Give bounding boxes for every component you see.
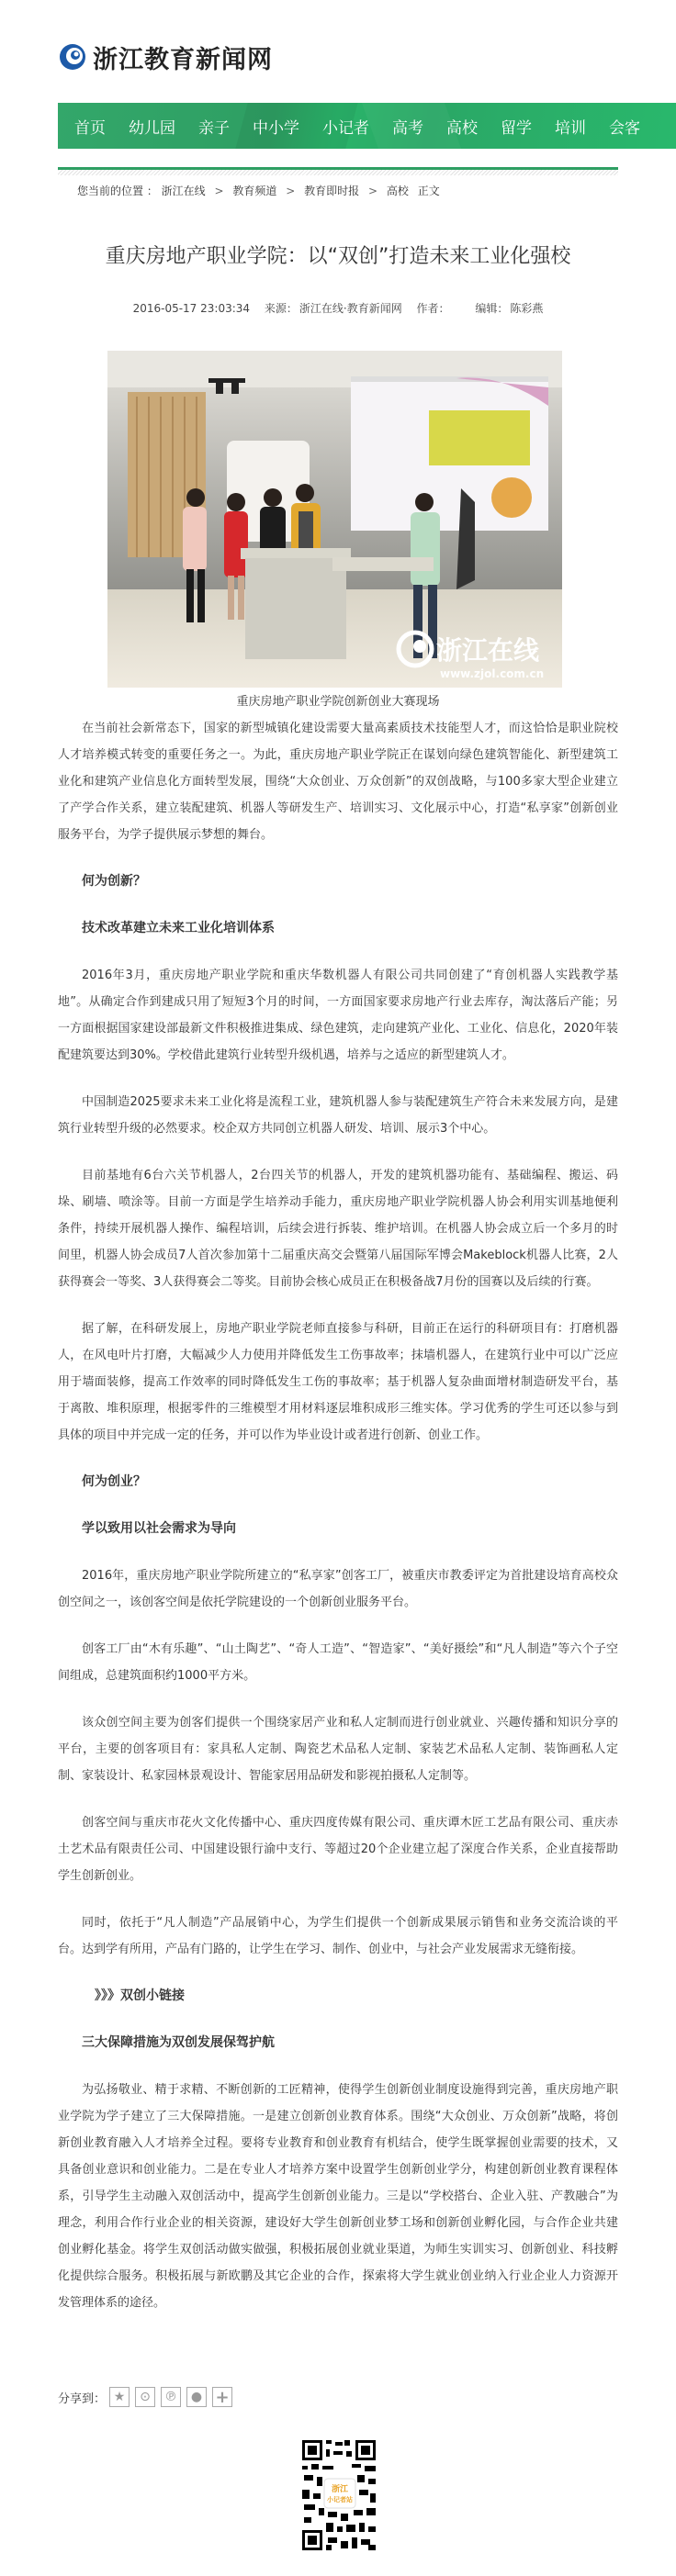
breadcrumb: 您当前的位置 ： 浙江在线 > 教育频道 > 教育即时报 > 高校 正文 bbox=[77, 183, 440, 198]
subsection-heading: 学以致用以社会需求为导向 bbox=[58, 1516, 618, 1542]
breadcrumb-education-news[interactable]: 教育即时报 bbox=[304, 185, 359, 197]
qr-code-icon: 浙江 小记者站 bbox=[300, 2435, 377, 2554]
share-label: 分享到： bbox=[58, 2389, 106, 2406]
nav-item-gaokao[interactable]: 高考 bbox=[392, 115, 423, 138]
breadcrumb-education-channel[interactable]: 教育频道 bbox=[232, 185, 276, 197]
article-body: 在当前社会新常态下，国家的新型城镇化建设需要大量高素质技术技能型人才，而这恰恰是… bbox=[58, 715, 618, 2336]
site-logo[interactable]: 浙江教育新闻网 bbox=[58, 40, 273, 73]
nav-item-training[interactable]: 培训 bbox=[555, 115, 586, 138]
paragraph: 2016年3月，重庆房地产职业学院和重庆华数机器人有限公司共同创建了“育创机器人… bbox=[58, 962, 618, 1069]
breadcrumb-current: 正文 bbox=[418, 185, 440, 197]
share-more-button[interactable]: + bbox=[212, 2387, 232, 2407]
qzone-star-icon: ★ bbox=[114, 2390, 126, 2404]
paragraph: 同时，依托于“凡人制造”产品展销中心，为学生们提供一个创新成果展示销售和业务交流… bbox=[58, 1910, 618, 1963]
qr-center-subtext: 小记者站 bbox=[327, 2495, 353, 2503]
share-qzone-button[interactable]: ★ bbox=[109, 2387, 130, 2407]
share-weibo-button[interactable]: ⊙ bbox=[135, 2387, 155, 2407]
wechat-icon: ● bbox=[191, 2390, 202, 2404]
subsection-heading: 三大保障措施为双创发展保驾护航 bbox=[58, 2030, 618, 2056]
paragraph: 为弘扬敬业、精于求精、不断创新的工匠精神，使得学生创新创业制度设施得到完善，重庆… bbox=[58, 2077, 618, 2316]
breadcrumb-prefix: 您当前的位置 ： bbox=[77, 185, 158, 197]
nav-item-k12[interactable]: 中小学 bbox=[253, 115, 299, 138]
breadcrumb-separator: > bbox=[286, 185, 295, 197]
photo-caption: 重庆房地产职业学院创新创业大赛现场 bbox=[58, 691, 618, 709]
author-label: 作者： bbox=[417, 302, 450, 315]
paragraph: 目前基地有6台六关节机器人，2台四关节的机器人，开发的建筑机器功能有、基础编程、… bbox=[58, 1162, 618, 1295]
source-label: 来源： bbox=[265, 302, 298, 315]
section-heading: 何为创新？ bbox=[58, 868, 618, 895]
wechat-qr-code: 浙江 小记者站 bbox=[300, 2435, 377, 2554]
article-title: 重庆房地产职业学院：以“双创”打造未来工业化强校 bbox=[58, 241, 618, 269]
article-photo: 浙江在线 www.zjol.com.cn bbox=[107, 351, 562, 688]
section-heading: 何为创业？ bbox=[58, 1469, 618, 1495]
nav-item-home[interactable]: 首页 bbox=[74, 115, 106, 138]
breadcrumb-zjol[interactable]: 浙江在线 bbox=[162, 185, 206, 197]
nav-item-parenting[interactable]: 亲子 bbox=[198, 115, 230, 138]
nav-item-colleges[interactable]: 高校 bbox=[446, 115, 478, 138]
subsection-heading: 技术改革建立未来工业化培训体系 bbox=[58, 915, 618, 942]
paragraph: 该众创空间主要为创客们提供一个围绕家居产业和私人定制而进行创业就业、兴趣传播和知… bbox=[58, 1709, 618, 1789]
paragraph: 创客空间与重庆市花火文化传播中心、重庆四度传媒有限公司、重庆谭木匠工艺品有限公司… bbox=[58, 1809, 618, 1889]
nav-item-young-reporter[interactable]: 小记者 bbox=[322, 115, 369, 138]
breadcrumb-separator: > bbox=[215, 185, 224, 197]
pinterest-icon: ℗ bbox=[164, 2390, 177, 2404]
paragraph: 中国制造2025要求未来工业化将是流程工业，建筑机器人参与装配建筑生产符合未来发… bbox=[58, 1089, 618, 1142]
breadcrumb-separator: > bbox=[368, 185, 377, 197]
article-meta: 2016-05-17 23:03:34 来源：浙江在线·教育新闻网 作者： 编辑… bbox=[58, 300, 618, 316]
editor-label: 编辑： bbox=[475, 302, 508, 315]
paragraph-intro: 在当前社会新常态下，国家的新型城镇化建设需要大量高素质技术技能型人才，而这恰恰是… bbox=[58, 715, 618, 848]
site-name: 浙江教育新闻网 bbox=[93, 39, 273, 75]
share-bar: 分享到： ★ ⊙ ℗ ● + bbox=[58, 2387, 238, 2407]
related-link-heading: 》》》双创小链接 bbox=[58, 1983, 618, 2010]
paragraph: 据了解，在科研发展上，房地产职业学院老师直接参与科研，目前正在运行的科研项目有：… bbox=[58, 1316, 618, 1449]
paragraph: 创客工厂由“木有乐趣”、“山土陶艺”、“奇人工造”、“智造家”、“美好摄绘”和“… bbox=[58, 1636, 618, 1689]
nav-item-study-abroad[interactable]: 留学 bbox=[501, 115, 532, 138]
divider-hatch bbox=[58, 170, 618, 175]
paragraph: 2016年，重庆房地产职业学院所建立的“私享家”创客工厂，被重庆市教委评定为首批… bbox=[58, 1562, 618, 1616]
publish-datetime: 2016-05-17 23:03:34 bbox=[133, 302, 250, 315]
share-pinterest-button[interactable]: ℗ bbox=[161, 2387, 181, 2407]
classroom-photo: 浙江在线 www.zjol.com.cn bbox=[107, 351, 562, 688]
source-value: 浙江在线·教育新闻网 bbox=[299, 302, 402, 315]
breadcrumb-colleges[interactable]: 高校 bbox=[387, 185, 409, 197]
logo-swirl-icon bbox=[58, 42, 87, 72]
weibo-icon: ⊙ bbox=[140, 2390, 151, 2404]
photo-watermark: 浙江在线 bbox=[436, 635, 540, 666]
share-wechat-button[interactable]: ● bbox=[186, 2387, 207, 2407]
nav-item-kindergarten[interactable]: 幼儿园 bbox=[129, 115, 175, 138]
nav-item-guest[interactable]: 会客 bbox=[609, 115, 640, 138]
qr-center-text: 浙江 bbox=[332, 2483, 349, 2494]
photo-watermark-url: www.zjol.com.cn bbox=[440, 667, 544, 680]
main-nav: 首页 幼儿园 亲子 中小学 小记者 高考 高校 留学 培训 会客 bbox=[58, 103, 676, 149]
editor-value: 陈彩燕 bbox=[510, 302, 543, 315]
plus-icon: + bbox=[215, 2388, 229, 2407]
